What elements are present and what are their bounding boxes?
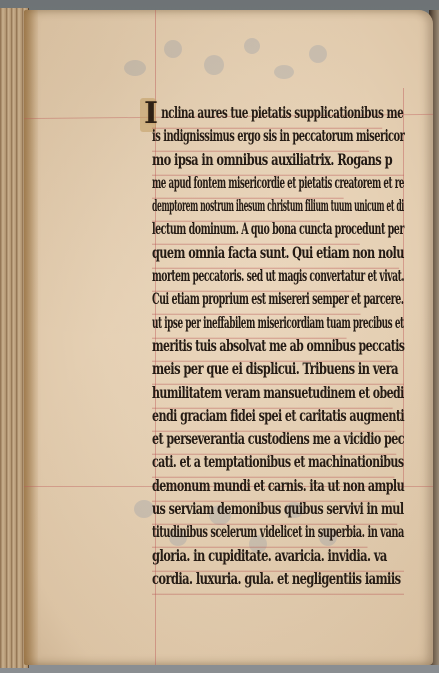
gutter-stain (24, 10, 38, 665)
show-through-decoration-top (114, 30, 334, 100)
manuscript-page: I nclina aures tue pietatis supplication… (24, 10, 433, 665)
text-block: I nclina aures tue pietatis supplication… (152, 102, 406, 591)
text-line: cordia. luxuria. gula. et negligentiis i… (152, 564, 404, 595)
